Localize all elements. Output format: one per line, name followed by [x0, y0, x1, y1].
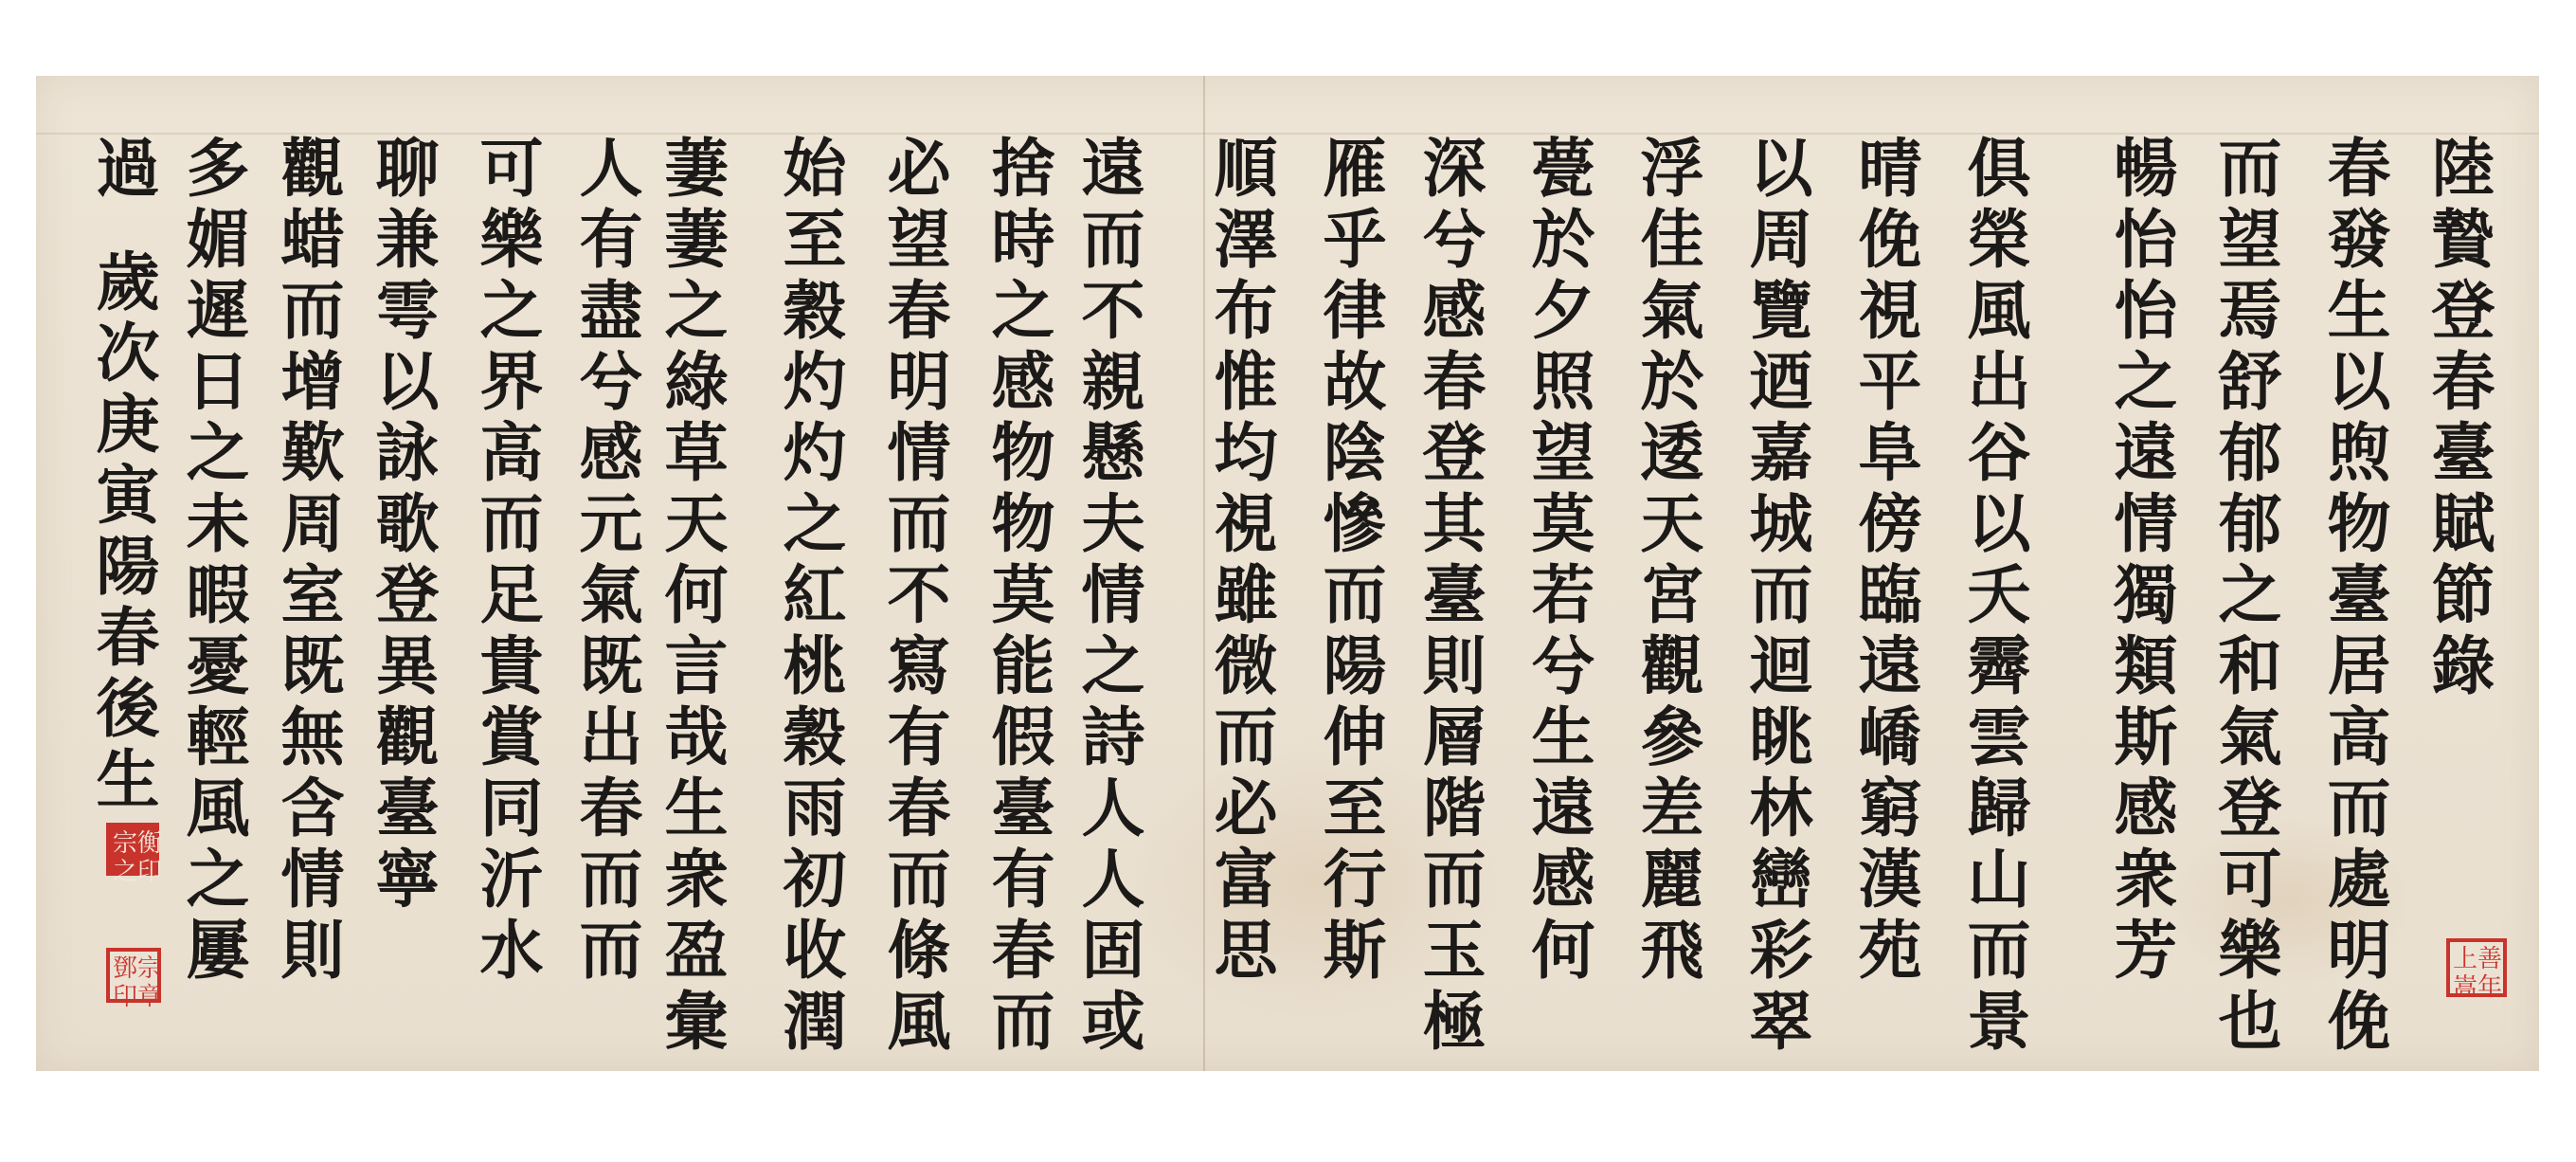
calligraphy-character: 高 [2307, 701, 2411, 772]
calligraphy-character: 霽 [1947, 630, 2051, 701]
calligraphy-column: 人有盡兮感元氣既出春而而 [559, 133, 663, 986]
calligraphy-character: 翠 [1729, 986, 1833, 1057]
calligraphy-character: 無 [261, 701, 365, 772]
calligraphy-character: 情 [867, 417, 971, 488]
seal-character: 衡 [137, 829, 162, 858]
calligraphy-column: 雁乎律故陰慘而陽伸至行斯 [1303, 133, 1407, 986]
seal-character: 年 [2477, 973, 2502, 1002]
calligraphy-character: 春 [1402, 346, 1506, 417]
calligraphy-character: 觀 [1620, 630, 1724, 701]
calligraphy-character: 彩 [1729, 915, 1833, 986]
calligraphy-character: 之 [2198, 559, 2302, 630]
calligraphy-character: 遠 [1838, 630, 1942, 701]
calligraphy-character: 臺 [1402, 559, 1506, 630]
calligraphy-character: 其 [1402, 488, 1506, 559]
calligraphy-character: 郁 [2198, 417, 2302, 488]
calligraphy-character: 元 [559, 488, 663, 559]
calligraphy-column: 始至穀灼灼之紅桃穀雨初收潤 [763, 133, 867, 1057]
calligraphy-column: 捨時之感物物莫能假臺有春而 [971, 133, 1075, 1057]
calligraphy-character: 而 [559, 844, 663, 915]
calligraphy-character: 階 [1402, 772, 1506, 844]
calligraphy-character: 迴 [1729, 630, 1833, 701]
calligraphy-character: 之 [166, 417, 270, 488]
calligraphy-character: 灼 [763, 346, 867, 417]
calligraphy-character: 風 [166, 772, 270, 844]
calligraphy-character: 春 [2411, 346, 2515, 417]
seal-character: 印 [137, 858, 162, 886]
calligraphy-character: 後 [76, 673, 180, 744]
calligraphy-character: 日 [166, 346, 270, 417]
calligraphy-character: 嘉 [1729, 417, 1833, 488]
calligraphy-character: 傍 [1838, 488, 1942, 559]
calligraphy-character: 遠 [1511, 772, 1615, 844]
calligraphy-character: 之 [971, 275, 1075, 346]
calligraphy-column: 順澤布惟均視雖微而必富思 [1194, 133, 1298, 986]
calligraphy-character: 登 [355, 559, 459, 630]
calligraphy-character: 而 [261, 275, 365, 346]
calligraphy-character: 人 [559, 133, 663, 204]
calligraphy-character: 舒 [2198, 346, 2302, 417]
calligraphy-character: 視 [1838, 275, 1942, 346]
calligraphy-character: 伸 [1303, 701, 1407, 772]
calligraphy-character: 晴 [1838, 133, 1942, 204]
calligraphy-character: 兮 [559, 346, 663, 417]
calligraphy-character: 桃 [763, 630, 867, 701]
calligraphy-character: 也 [2198, 986, 2302, 1057]
calligraphy-character: 感 [1511, 844, 1615, 915]
calligraphy-character: 景 [1947, 986, 2051, 1057]
calligraphy-character: 飛 [1620, 915, 1724, 986]
calligraphy-character: 望 [867, 204, 971, 275]
calligraphy-character: 而 [1194, 701, 1298, 772]
calligraphy-character: 斯 [1303, 915, 1407, 986]
calligraphy-character: 視 [1194, 488, 1298, 559]
calligraphy-character: 假 [971, 701, 1075, 772]
calligraphy-character: 節 [2411, 559, 2515, 630]
calligraphy-character: 潤 [763, 986, 867, 1057]
calligraphy-character: 以 [1729, 133, 1833, 204]
calligraphy-character: 既 [559, 630, 663, 701]
calligraphy-character: 差 [1620, 772, 1724, 844]
calligraphy-character: 獨 [2094, 559, 2198, 630]
calligraphy-character: 觀 [261, 133, 365, 204]
calligraphy-character: 之 [166, 844, 270, 915]
calligraphy-character: 莫 [1511, 488, 1615, 559]
calligraphy-character: 於 [1620, 346, 1724, 417]
seal-character: 上 [2453, 945, 2477, 973]
calligraphy-character: 有 [559, 204, 663, 275]
calligraphy-character: 春 [867, 275, 971, 346]
calligraphy-character: 極 [1402, 986, 1506, 1057]
calligraphy-character: 收 [763, 915, 867, 986]
calligraphy-column: 陸贄登春臺賦節錄 [2411, 133, 2515, 701]
calligraphy-character: 布 [1194, 275, 1298, 346]
calligraphy-character: 穀 [763, 701, 867, 772]
calligraphy-character: 參 [1620, 701, 1724, 772]
calligraphy-character: 明 [2307, 915, 2411, 986]
calligraphy-character: 則 [261, 915, 365, 986]
calligraphy-character: 漢 [1838, 844, 1942, 915]
calligraphy-character: 宮 [1620, 559, 1724, 630]
calligraphy-character: 臺 [2411, 417, 2515, 488]
calligraphy-column: 觀蜡而增歎周室既無含情則 [261, 133, 365, 986]
calligraphy-character: 風 [867, 986, 971, 1057]
calligraphy-column: 必望春明情而不寫有春而條風 [867, 133, 971, 1057]
calligraphy-character: 佳 [1620, 204, 1724, 275]
calligraphy-character: 臺 [2307, 559, 2411, 630]
calligraphy-character: 時 [971, 204, 1075, 275]
calligraphy-column: 以周覽迺嘉城而迴眺林巒彩翠 [1729, 133, 1833, 1057]
calligraphy-character: 澤 [1194, 204, 1298, 275]
calligraphy-character: 焉 [2198, 275, 2302, 346]
calligraphy-character: 聊 [355, 133, 459, 204]
calligraphy-character: 芳 [2094, 915, 2198, 986]
calligraphy-character: 出 [559, 701, 663, 772]
red-seal-square: 宗衡之印 [106, 823, 159, 876]
calligraphy-column: 浮佳氣於逶天宮觀參差麗飛 [1620, 133, 1724, 986]
calligraphy-character: 覽 [1729, 275, 1833, 346]
calligraphy-character: 望 [2198, 204, 2302, 275]
calligraphy-character: 雩 [355, 275, 459, 346]
calligraphy-character: 陸 [2411, 133, 2515, 204]
calligraphy-character: 微 [1194, 630, 1298, 701]
calligraphy-character [76, 204, 180, 246]
calligraphy-character: 懸 [1061, 417, 1165, 488]
calligraphy-character: 登 [1402, 417, 1506, 488]
calligraphy-character: 林 [1729, 772, 1833, 844]
calligraphy-character: 蜡 [261, 204, 365, 275]
calligraphy-character: 而 [459, 488, 564, 559]
calligraphy-character: 物 [971, 417, 1075, 488]
calligraphy-character: 憂 [166, 630, 270, 701]
calligraphy-character: 之 [459, 275, 564, 346]
calligraphy-character: 而 [559, 915, 663, 986]
calligraphy-character: 情 [261, 844, 365, 915]
calligraphy-character: 迺 [1729, 346, 1833, 417]
calligraphy-character: 行 [1303, 844, 1407, 915]
calligraphy-character: 氣 [1620, 275, 1724, 346]
calligraphy-character: 彙 [644, 986, 748, 1057]
calligraphy-column: 多媚遲日之未暇憂輕風之屢 [166, 133, 270, 986]
calligraphy-character: 錄 [2411, 630, 2515, 701]
calligraphy-character: 必 [867, 133, 971, 204]
calligraphy-character: 故 [1303, 346, 1407, 417]
calligraphy-character: 雁 [1303, 133, 1407, 204]
calligraphy-character: 暢 [2094, 133, 2198, 204]
calligraphy-character: 感 [971, 346, 1075, 417]
calligraphy-character: 平 [1838, 346, 1942, 417]
calligraphy-character: 歎 [261, 417, 365, 488]
calligraphy-character: 夭 [1947, 559, 2051, 630]
calligraphy-character: 寧 [355, 844, 459, 915]
calligraphy-character: 可 [459, 133, 564, 204]
calligraphy-character: 界 [459, 346, 564, 417]
calligraphy-character: 賦 [2411, 488, 2515, 559]
calligraphy-character: 而 [971, 986, 1075, 1057]
calligraphy-character: 而 [1303, 559, 1407, 630]
calligraphy-character: 處 [2307, 844, 2411, 915]
calligraphy-character: 而 [867, 488, 971, 559]
calligraphy-character: 若 [1511, 559, 1615, 630]
calligraphy-character: 詠 [355, 417, 459, 488]
calligraphy-character: 之 [2094, 346, 2198, 417]
calligraphy-character: 春 [76, 602, 180, 673]
calligraphy-character: 有 [971, 844, 1075, 915]
calligraphy-character: 未 [166, 488, 270, 559]
calligraphy-character: 以 [355, 346, 459, 417]
calligraphy-character: 異 [355, 630, 459, 701]
calligraphy-character: 登 [2411, 275, 2515, 346]
calligraphy-character: 觀 [355, 701, 459, 772]
calligraphy-character: 感 [559, 417, 663, 488]
calligraphy-character: 照 [1511, 346, 1615, 417]
calligraphy-character: 登 [2198, 772, 2302, 844]
calligraphy-character: 至 [763, 204, 867, 275]
seal-character: 嵩 [2453, 973, 2477, 1002]
calligraphy-character: 山 [1947, 844, 2051, 915]
calligraphy-character: 斯 [2094, 701, 2198, 772]
seal-character: 鄧 [113, 954, 137, 983]
calligraphy-character: 沂 [459, 844, 564, 915]
calligraphy-character: 阜 [1838, 417, 1942, 488]
calligraphy-character: 俱 [1947, 133, 2051, 204]
calligraphy-character: 情 [1061, 559, 1165, 630]
calligraphy-character: 庚 [76, 389, 180, 460]
calligraphy-character: 而 [1061, 204, 1165, 275]
calligraphy-character: 富 [1194, 844, 1298, 915]
calligraphy-character: 巒 [1729, 844, 1833, 915]
calligraphy-character: 捨 [971, 133, 1075, 204]
calligraphy-character: 屢 [166, 915, 270, 986]
calligraphy-column: 俱榮風出谷以夭霽雲歸山而景 [1947, 133, 2051, 1057]
calligraphy-character: 陽 [1303, 630, 1407, 701]
calligraphy-character: 而 [867, 844, 971, 915]
calligraphy-character: 城 [1729, 488, 1833, 559]
red-seal-outline-right: 上善嵩年 [2446, 938, 2507, 997]
calligraphy-character: 而 [2198, 133, 2302, 204]
calligraphy-character: 則 [1402, 630, 1506, 701]
calligraphy-character: 贄 [2411, 204, 2515, 275]
calligraphy-character: 春 [2307, 133, 2411, 204]
calligraphy-column: 暢怡怡之遠情獨類斯感衆芳 [2094, 133, 2198, 986]
calligraphy-character: 之 [763, 488, 867, 559]
calligraphy-character: 能 [971, 630, 1075, 701]
calligraphy-character: 郁 [2198, 488, 2302, 559]
calligraphy-character: 春 [867, 772, 971, 844]
calligraphy-character: 過 [76, 133, 180, 204]
calligraphy-paper: 陸贄登春臺賦節錄春發生以煦物臺居高而處明俛而望焉舒郁郁之和氣登可樂也暢怡怡之遠情… [36, 76, 2539, 1071]
calligraphy-character: 俛 [1838, 204, 1942, 275]
calligraphy-character: 臺 [355, 772, 459, 844]
calligraphy-character: 生 [76, 744, 180, 815]
calligraphy-character: 暇 [166, 559, 270, 630]
calligraphy-character: 惟 [1194, 346, 1298, 417]
calligraphy-character: 既 [261, 630, 365, 701]
calligraphy-character: 多 [166, 133, 270, 204]
calligraphy-character: 浮 [1620, 133, 1724, 204]
calligraphy-character: 望 [1511, 417, 1615, 488]
calligraphy-character: 貴 [459, 630, 564, 701]
calligraphy-character: 而 [1947, 915, 2051, 986]
calligraphy-character: 歲 [76, 246, 180, 318]
calligraphy-character: 而 [1402, 844, 1506, 915]
calligraphy-character: 兼 [355, 204, 459, 275]
calligraphy-character: 紅 [763, 559, 867, 630]
calligraphy-character: 兮 [1511, 630, 1615, 701]
calligraphy-character: 麗 [1620, 844, 1724, 915]
calligraphy-character: 寅 [76, 460, 180, 531]
calligraphy-character: 嶠 [1838, 701, 1942, 772]
calligraphy-character: 不 [867, 559, 971, 630]
calligraphy-character: 始 [763, 133, 867, 204]
calligraphy-character: 周 [1729, 204, 1833, 275]
calligraphy-character: 必 [1194, 772, 1298, 844]
calligraphy-character: 灼 [763, 417, 867, 488]
calligraphy-character: 天 [1620, 488, 1724, 559]
calligraphy-column: 遠而不親懸夫情之詩人人固或 [1061, 133, 1165, 1057]
calligraphy-character: 室 [261, 559, 365, 630]
calligraphy-column: 過歲次庚寅陽春後生 [76, 133, 180, 815]
calligraphy-character: 固 [1061, 915, 1165, 986]
calligraphy-character: 春 [971, 915, 1075, 986]
calligraphy-character: 親 [1061, 346, 1165, 417]
calligraphy-character: 陽 [76, 531, 180, 602]
calligraphy-character: 生 [1511, 701, 1615, 772]
calligraphy-character: 歌 [355, 488, 459, 559]
calligraphy-character: 均 [1194, 417, 1298, 488]
calligraphy-character: 乎 [1303, 204, 1407, 275]
calligraphy-column: 春發生以煦物臺居高而處明俛 [2307, 133, 2411, 1057]
calligraphy-character: 順 [1194, 133, 1298, 204]
seal-character: 章 [137, 983, 162, 1011]
calligraphy-character: 雲 [1947, 701, 2051, 772]
calligraphy-character: 同 [459, 772, 564, 844]
calligraphy-character: 賞 [459, 701, 564, 772]
calligraphy-character: 或 [1061, 986, 1165, 1057]
calligraphy-character: 初 [763, 844, 867, 915]
calligraphy-character: 次 [76, 318, 180, 389]
calligraphy-character: 增 [261, 346, 365, 417]
calligraphy-character: 氣 [2198, 701, 2302, 772]
calligraphy-character: 律 [1303, 275, 1407, 346]
calligraphy-character: 至 [1303, 772, 1407, 844]
calligraphy-character: 而 [1729, 559, 1833, 630]
calligraphy-character: 臨 [1838, 559, 1942, 630]
calligraphy-character: 發 [2307, 204, 2411, 275]
calligraphy-character: 輕 [166, 701, 270, 772]
calligraphy-character: 夕 [1511, 275, 1615, 346]
calligraphy-character: 不 [1061, 275, 1165, 346]
seal-character: 之 [113, 858, 137, 886]
calligraphy-character: 情 [2094, 488, 2198, 559]
calligraphy-character: 深 [1402, 133, 1506, 204]
calligraphy-column: 可樂之界高而足貴賞同沂水 [459, 133, 564, 986]
calligraphy-character: 兮 [1402, 204, 1506, 275]
calligraphy-character: 水 [459, 915, 564, 986]
calligraphy-character: 榮 [1947, 204, 2051, 275]
calligraphy-character: 層 [1402, 701, 1506, 772]
calligraphy-character: 物 [971, 488, 1075, 559]
calligraphy-character: 甍 [1511, 133, 1615, 204]
calligraphy-character: 於 [1511, 204, 1615, 275]
calligraphy-character: 明 [867, 346, 971, 417]
calligraphy-character: 慘 [1303, 488, 1407, 559]
calligraphy-character: 逶 [1620, 417, 1724, 488]
calligraphy-character: 以 [2307, 346, 2411, 417]
calligraphy-column: 晴俛視平阜傍臨遠嶠窮漢苑 [1838, 133, 1942, 986]
calligraphy-column: 聊兼雩以詠歌登異觀臺寧 [355, 133, 459, 915]
calligraphy-character: 穀 [763, 275, 867, 346]
calligraphy-character: 氣 [559, 559, 663, 630]
calligraphy-character: 物 [2307, 488, 2411, 559]
calligraphy-character: 周 [261, 488, 365, 559]
calligraphy-character: 人 [1061, 844, 1165, 915]
calligraphy-character: 可 [2198, 844, 2302, 915]
calligraphy-character: 何 [1511, 915, 1615, 986]
calligraphy-character: 春 [559, 772, 663, 844]
calligraphy-character: 苑 [1838, 915, 1942, 986]
calligraphy-character: 怡 [2094, 204, 2198, 275]
calligraphy-character: 風 [1947, 275, 2051, 346]
calligraphy-character: 玉 [1402, 915, 1506, 986]
calligraphy-character: 條 [867, 915, 971, 986]
seal-character: 印 [113, 983, 137, 1011]
calligraphy-character: 感 [1402, 275, 1506, 346]
calligraphy-character: 含 [261, 772, 365, 844]
calligraphy-character: 煦 [2307, 417, 2411, 488]
calligraphy-character: 感 [2094, 772, 2198, 844]
calligraphy-character: 怡 [2094, 275, 2198, 346]
calligraphy-column: 甍於夕照望莫若兮生遠感何 [1511, 133, 1615, 986]
calligraphy-character: 樂 [2198, 915, 2302, 986]
seal-character: 善 [2477, 945, 2502, 973]
calligraphy-character: 雨 [763, 772, 867, 844]
calligraphy-character: 窮 [1838, 772, 1942, 844]
calligraphy-character: 雖 [1194, 559, 1298, 630]
calligraphy-character: 遠 [2094, 417, 2198, 488]
calligraphy-character: 有 [867, 701, 971, 772]
calligraphy-character: 臺 [971, 772, 1075, 844]
calligraphy-character: 和 [2198, 630, 2302, 701]
calligraphy-character: 夫 [1061, 488, 1165, 559]
calligraphy-character: 而 [2307, 772, 2411, 844]
calligraphy-column: 而望焉舒郁郁之和氣登可樂也 [2198, 133, 2302, 1057]
calligraphy-character: 谷 [1947, 417, 2051, 488]
calligraphy-character: 媚 [166, 204, 270, 275]
calligraphy-character: 歸 [1947, 772, 2051, 844]
calligraphy-character: 俛 [2307, 986, 2411, 1057]
calligraphy-character: 莫 [971, 559, 1075, 630]
calligraphy-character: 衆 [2094, 844, 2198, 915]
calligraphy-character: 人 [1061, 772, 1165, 844]
calligraphy-character: 之 [1061, 630, 1165, 701]
calligraphy-character: 寫 [867, 630, 971, 701]
calligraphy-character: 陰 [1303, 417, 1407, 488]
calligraphy-character: 盡 [559, 275, 663, 346]
calligraphy-character: 足 [459, 559, 564, 630]
seal-character: 宗 [113, 829, 137, 858]
calligraphy-character: 居 [2307, 630, 2411, 701]
calligraphy-character: 思 [1194, 915, 1298, 986]
calligraphy-character: 生 [2307, 275, 2411, 346]
calligraphy-character: 以 [1947, 488, 2051, 559]
seal-character: 宗 [137, 954, 162, 983]
calligraphy-character: 高 [459, 417, 564, 488]
calligraphy-character: 眺 [1729, 701, 1833, 772]
calligraphy-character: 遠 [1061, 133, 1165, 204]
calligraphy-character: 遲 [166, 275, 270, 346]
calligraphy-character: 類 [2094, 630, 2198, 701]
